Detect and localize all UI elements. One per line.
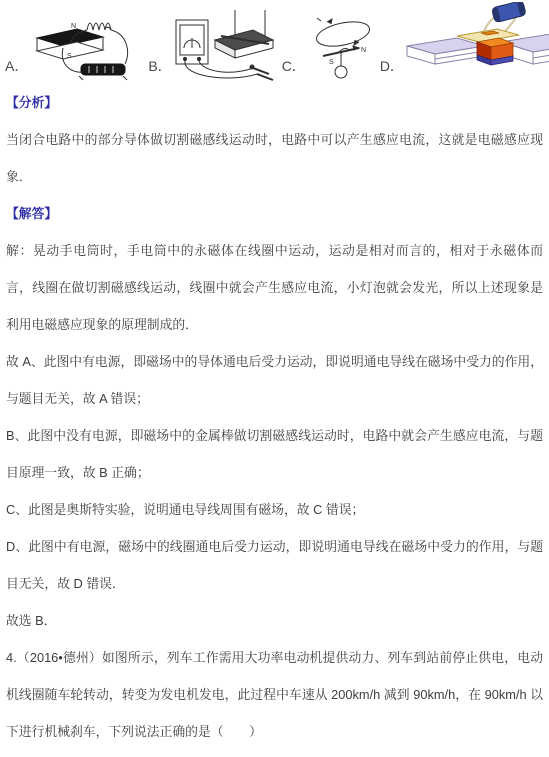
option-a-label: A．	[5, 56, 28, 76]
figure-a-s-pole-label: S	[67, 53, 72, 60]
answer-header: 【解答】	[6, 195, 543, 232]
solution-content: 【分析】 当闭合电路中的部分导体做切割磁感线运动时，电路中可以产生感应电流，这就…	[0, 84, 549, 750]
option-b: B．	[147, 8, 280, 84]
option-c-label: C．	[282, 56, 306, 76]
figure-c-n-pole-label: N	[361, 47, 366, 54]
oersted-experiment-figure: N S	[307, 8, 379, 84]
option-a: A．	[4, 8, 147, 84]
answer-paragraph: 故 A、此图中有电源，即磁场中的导体通电后受力运动，即说明通电导线在磁场中受力的…	[6, 343, 543, 417]
electromagnetic-induction-experiment-figure	[173, 8, 281, 84]
answer-paragraph: C、此图是奥斯特实验，说明通电导线周围有磁场，故 C 错误；	[6, 491, 543, 528]
answer-paragraph: D、此图中有电源，磁场中的线圈通电后受力运动，即说明通电导线在磁场中受力的作用，…	[6, 528, 543, 602]
option-b-label: B．	[148, 56, 171, 76]
motor-force-experiment-figure: N S	[29, 8, 147, 84]
analysis-text: 当闭合电路中的部分导体做切割磁感线运动时，电路中可以产生感应电流，这就是电磁感应…	[6, 121, 543, 195]
option-c: C． N S	[281, 8, 379, 84]
analysis-header: 【分析】	[6, 84, 543, 121]
energized-coil-between-magnets-figure	[405, 2, 549, 84]
figure-c-s-pole-label: S	[329, 59, 334, 66]
figure-a-n-pole-label: N	[71, 23, 76, 30]
answer-paragraph: 解：晃动手电筒时，手电筒中的永磁体在线圈中运动，运动是相对而言的，相对于永磁体而…	[6, 232, 543, 343]
option-d-label: D．	[380, 56, 404, 76]
option-d: D．	[379, 2, 549, 84]
option-figures-row: A．	[0, 0, 549, 84]
answer-paragraph: B、此图中没有电源，即磁场中的金属棒做切割磁感线运动时，电路中就会产生感应电流，…	[6, 417, 543, 491]
next-question-text: 4.（2016•德州）如图所示，列车工作需用大功率电动机提供动力、列车到站前停止…	[6, 639, 543, 750]
answer-conclusion: 故选 B．	[6, 602, 543, 639]
